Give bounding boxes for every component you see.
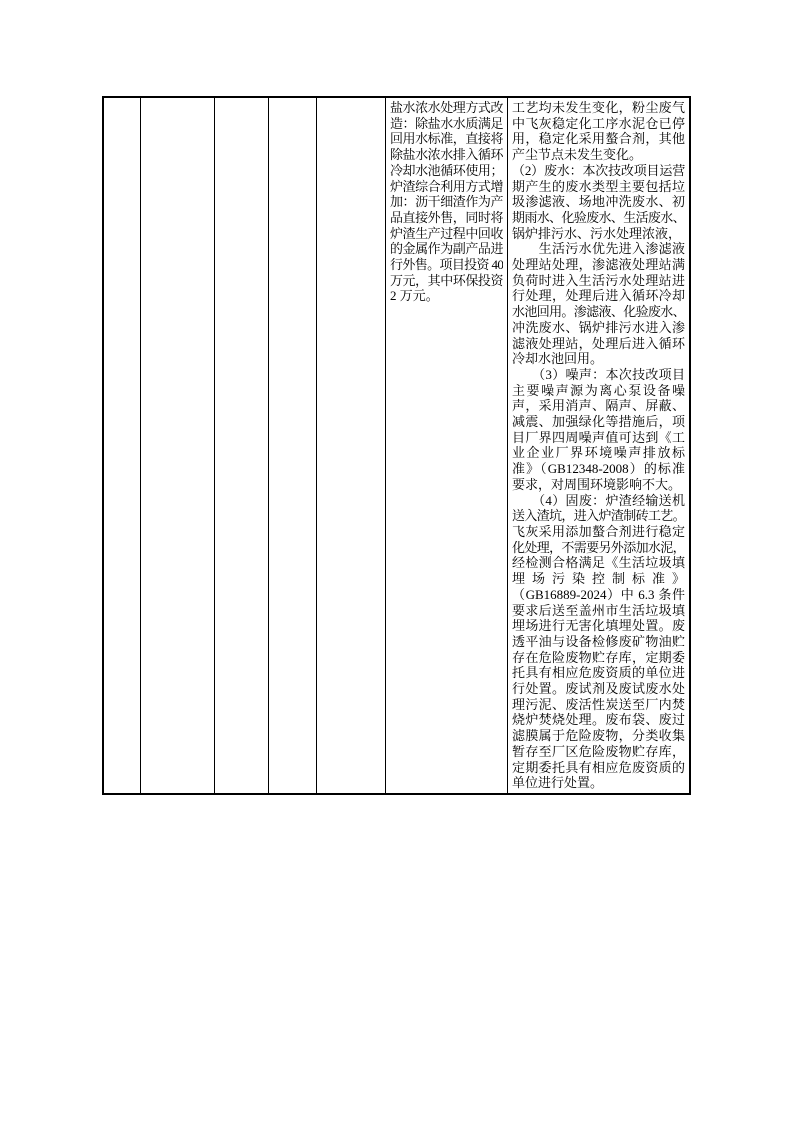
table-cell-empty-1 — [104, 98, 141, 793]
text-line: 滤液处理站，处理后进入循环 — [512, 336, 685, 352]
text-line: 冲洗废水、锅炉排污水进入渗 — [512, 320, 685, 336]
text-line: 定期委托具有相应危废资质的 — [512, 760, 685, 776]
text-line: 埋场进行无害化填埋处置。废 — [512, 618, 685, 634]
text-line: 要求，对周围环境影响不大。 — [512, 477, 685, 493]
text-line: 锅炉排污水、污水处理浓液， — [512, 226, 685, 242]
text-line: 准》（GB12348-2008）的标准 — [512, 461, 685, 477]
text-line: 造：除盐水水质满足 — [390, 116, 503, 132]
approval-table: 盐水浓水处理方式改造：除盐水水质满足回用水标准，直接将除盐水浓水排入循环冷却水池… — [102, 96, 691, 795]
text-line: 加：沥干细渣作为产 — [390, 194, 503, 210]
text-line: 存在危险废物贮存库，定期委 — [512, 650, 685, 666]
text-line: 盐水浓水处理方式改 — [390, 100, 503, 116]
text-line: 水池回用。渗滤液、化验废水、 — [512, 304, 685, 320]
text-line: 圾渗滤液、场地冲洗废水、初 — [512, 194, 685, 210]
text-line: 要求后送至盖州市生活垃圾填 — [512, 603, 685, 619]
text-line: 声，采用消声、隔声、屏蔽、 — [512, 398, 685, 414]
text-line: 送入渣坑，进入炉渣制砖工艺。 — [512, 508, 685, 524]
text-line: 经检测合格满足《生活垃圾填 — [512, 555, 685, 571]
text-line: 工艺均未发生变化，粉尘废气 — [512, 100, 685, 116]
text-line: （GB16889-2024）中 6.3 条件 — [512, 587, 685, 603]
text-line: （3）噪声：本次技改项目 — [512, 367, 685, 383]
text-line: 回用水标准，直接将 — [390, 131, 503, 147]
text-line: 暂存至厂区危险废物贮存库， — [512, 744, 685, 760]
text-line: 品直接外售，同时将 — [390, 210, 503, 226]
text-line: 生活污水优先进入渗滤液 — [512, 241, 685, 257]
text-line: 处理站处理，渗滤液处理站满 — [512, 257, 685, 273]
text-line: 化处理，不需要另外添加水泥， — [512, 540, 685, 556]
text-line: 减震、加强绿化等措施后，项 — [512, 414, 685, 430]
text-line: 期雨水、化验废水、生活废水、 — [512, 210, 685, 226]
text-line: （4）固废：炉渣经输送机 — [512, 493, 685, 509]
text-line: 滤膜属于危险废物，分类收集 — [512, 728, 685, 744]
text-line: 冷却水池循环使用； — [390, 163, 503, 179]
impact-analysis-cell: 工艺均未发生变化，粉尘废气中飞灰稳定化工序水泥仓已停用，稳定化采用螯合剂，其他产… — [508, 98, 689, 793]
text-line: 用，稳定化采用螯合剂，其他 — [512, 131, 685, 147]
table-cell-empty-5 — [317, 98, 386, 793]
table-cell-empty-2 — [141, 98, 215, 793]
text-line: 冷却水池回用。 — [512, 351, 685, 367]
text-line: 产尘节点未发生变化。 — [512, 147, 685, 163]
table-cell-empty-3 — [215, 98, 269, 793]
text-line: 业企业厂界环境噪声排放标 — [512, 445, 685, 461]
text-line: 主要噪声源为离心泵设备噪 — [512, 383, 685, 399]
text-line: 的金属作为副产品进 — [390, 241, 503, 257]
text-line: 埋场污染控制标准》 — [512, 571, 685, 587]
text-line: 行处理，处理后进入循环冷却 — [512, 288, 685, 304]
text-line: 期产生的废水类型主要包括垃 — [512, 179, 685, 195]
text-line: （2）废水：本次技改项目运营 — [512, 163, 685, 179]
text-line: 托具有相应危废资质的单位进 — [512, 665, 685, 681]
project-measures-cell: 盐水浓水处理方式改造：除盐水水质满足回用水标准，直接将除盐水浓水排入循环冷却水池… — [386, 98, 508, 793]
text-line: 飞灰采用添加螯合剂进行稳定 — [512, 524, 685, 540]
text-line: 行处置。废试剂及废试废水处 — [512, 681, 685, 697]
text-line: 炉渣综合利用方式增 — [390, 179, 503, 195]
text-line: 单位进行处置。 — [512, 775, 685, 791]
text-line: 负荷时进入生活污水处理站进 — [512, 273, 685, 289]
text-line: 2 万元。 — [390, 288, 503, 304]
text-line: 行外售。项目投资 40 — [390, 257, 503, 273]
text-line: 烧炉焚烧处理。废布袋、废过 — [512, 712, 685, 728]
text-line: 目厂界四周噪声值可达到《工 — [512, 430, 685, 446]
text-line: 万元，其中环保投资 — [390, 273, 503, 289]
text-line: 除盐水浓水排入循环 — [390, 147, 503, 163]
text-line: 理污泥、废活性炭送至厂内焚 — [512, 697, 685, 713]
document-page: 盐水浓水处理方式改造：除盐水水质满足回用水标准，直接将除盐水浓水排入循环冷却水池… — [0, 0, 793, 1122]
text-line: 炉渣生产过程中回收 — [390, 226, 503, 242]
text-line: 透平油与设备检修废矿物油贮 — [512, 634, 685, 650]
table-cell-empty-4 — [269, 98, 317, 793]
text-line: 中飞灰稳定化工序水泥仓已停 — [512, 116, 685, 132]
